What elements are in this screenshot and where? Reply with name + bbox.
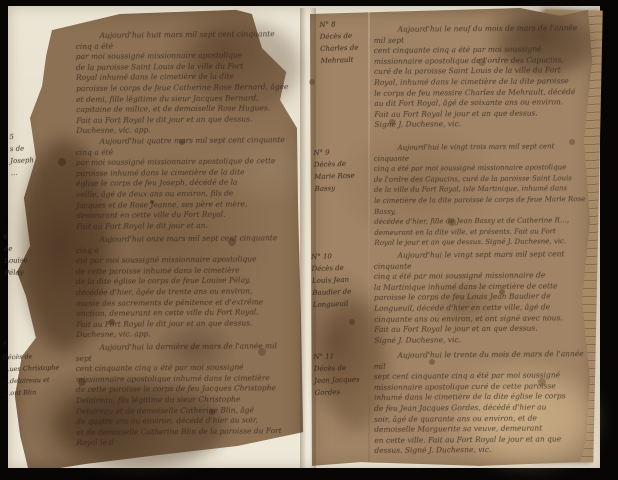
left-record-3-text: Aujourd'hui onze mars mil sept cent cinq… [76,233,293,341]
left-record-4-margin-note: 7 Décès de …ues Christophe …delaireau et… [2,337,84,400]
right-record-10-margin-note: N° 10 Décès de Louis Jean Baudier de Lon… [311,249,373,311]
gutter-crease [300,8,316,468]
left-record-2-text: Aujourd'hui quatre mars mil sept cent ci… [76,135,293,232]
right-record-11-text: Aujourd'hui le trente du mois de mars de… [374,349,587,457]
scanned-register-spread: de Mal… et Sig… Roy… …lle de …an Aujourd… [0,0,618,480]
right-record-9-margin-note: N° 9 Décès de Marie Rose Bassy [313,145,373,195]
right-record-8-margin-note: N° 8 Décès de Charles de Mehrault [319,17,379,67]
right-record-11-margin-note: N° 11 Décès de Jean Jacques Gordes [313,349,375,399]
left-record-2-margin-note: 5 s de Joseph … [9,129,73,179]
left-record-1-text: Aujourd'hui huit mars mil sept cent cinq… [76,29,293,137]
left-record-3-margin-note: 6 de Louise Pélay [3,229,67,279]
right-record-10-text: Aujourd'hui le vingt sept mars mil sept … [374,249,587,346]
right-record-8-text: Aujourd'hui le neuf du mois de mars de l… [374,23,587,131]
left-record-4-text: Aujourd'hui la dernière de mars de l'ann… [76,341,293,449]
right-record-9-text: Aujourd'hui le vingt trois mars mil sept… [374,141,587,249]
